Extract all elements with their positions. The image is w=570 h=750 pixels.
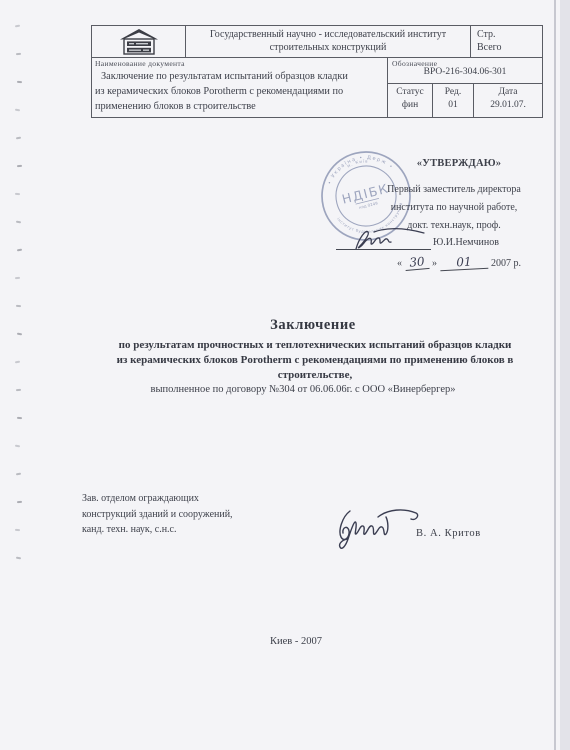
status-cell: Статус фин [388,84,433,117]
approver-name: Ю.И.Немчинов [433,237,499,248]
designation-block: Обозначение ВРО-216-304.06-301 Статус фи… [388,58,542,117]
logo-cell [92,26,186,57]
document-name-label: Наименование документа [95,59,382,68]
binding-mark [15,277,20,279]
document-name-text: Заключение по результатам испытаний обра… [95,69,382,115]
institute-name: Государственный научно - исследовательск… [186,26,471,57]
revision-label: Ред. [433,86,473,99]
handwritten-month: 01 [440,254,489,271]
page-count-cell: Стр. Всего [471,26,542,57]
binding-mark [16,557,21,560]
binding-mark [15,109,20,112]
signature-underline [336,249,431,250]
binding-mark [16,53,21,55]
binding-mark [17,81,22,83]
quote-close: » [432,258,437,269]
binding-mark [17,501,22,503]
status-rev-date-row: Статус фин Ред. 01 Дата 29.01.07. [388,84,542,117]
institute-house-icon [118,28,160,56]
binding-mark [15,25,20,28]
binding-mark [17,333,22,336]
revision-cell: Ред. 01 [433,84,474,117]
scan-edge-line [554,0,556,750]
city-year: Киев - 2007 [241,636,351,647]
binding-mark [15,361,20,364]
scan-edge-strip [560,0,570,750]
status-value: фин [388,99,432,112]
binding-mark [16,137,21,140]
page-label: Стр. [477,28,542,41]
date-cell: Дата 29.01.07. [474,84,542,117]
signer-name: В. А. Критов [416,528,481,539]
binding-mark [16,221,21,224]
designation-cell: Обозначение ВРО-216-304.06-301 [388,58,542,84]
document-page: Государственный научно - исследовательск… [0,0,570,750]
binding-mark [15,529,20,531]
approve-heading: «УТВЕРЖДАЮ» [398,158,520,169]
header-table: Государственный научно - исследовательск… [91,25,543,118]
status-label: Статус [388,86,432,99]
binding-mark [16,389,21,391]
date-label: Дата [474,86,542,99]
date-value: 29.01.07. [474,99,542,112]
quote-open: « [397,258,402,269]
contract-reference: выполненное по договору №304 от 06.06.06… [46,384,560,395]
approval-date: «30»012007 р. [397,255,521,270]
header-row-bottom: Наименование документа Заключение по рез… [92,58,542,117]
binding-mark [17,249,22,252]
revision-value: 01 [433,99,473,112]
binding-mark [15,445,20,448]
signer-position: Зав. отделом ограждающих конструкций зда… [82,491,233,538]
binding-mark [16,305,21,307]
approver-title-line1: Первый заместитель директора [366,181,542,199]
binding-mark [16,473,21,476]
document-name-cell: Наименование документа Заключение по рез… [92,58,388,117]
approval-year: 2007 р. [491,258,521,269]
binding-mark [15,193,20,195]
signer-signature [328,503,422,553]
header-row-top: Государственный научно - исследовательск… [92,26,542,58]
document-subtitle: по результатам прочностных и теплотехнич… [93,338,537,383]
total-label: Всего [477,41,542,54]
document-title: Заключение [56,317,570,334]
binding-mark [17,417,22,419]
approver-title-line2: института по научной работе, [366,199,542,217]
designation-value: ВРО-216-304.06-301 [392,67,538,77]
binding-mark [17,165,22,167]
handwritten-day: 30 [404,254,429,271]
